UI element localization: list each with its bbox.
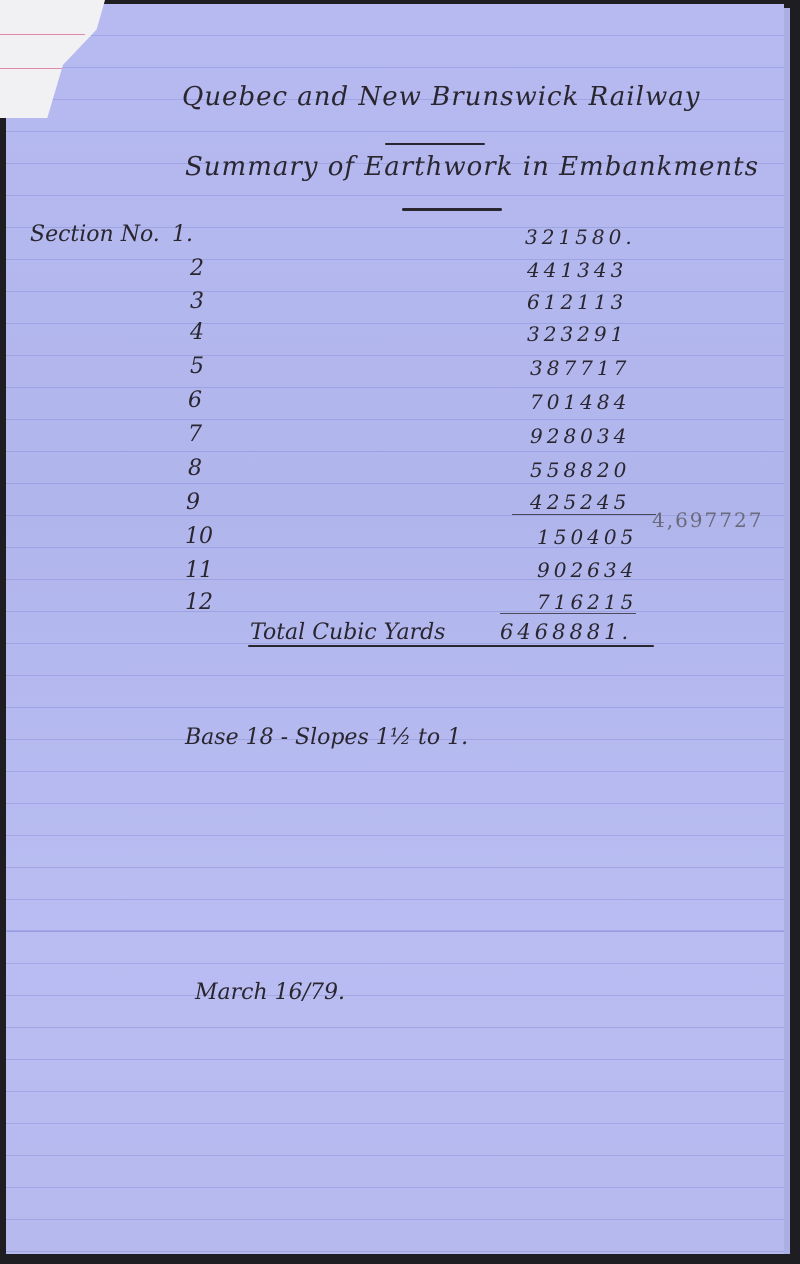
section-value: 323291: [527, 322, 627, 346]
section-value: 612113: [527, 290, 627, 314]
document-title: Quebec and New Brunswick Railway: [182, 82, 700, 112]
document-date: March 16/79.: [195, 980, 345, 1005]
section-value: 716215: [537, 590, 637, 614]
section-no: 11: [185, 558, 213, 583]
section-label: Section No.: [30, 222, 160, 247]
section-no: 10: [185, 524, 213, 549]
subtotal-rule: [512, 514, 656, 515]
document-subtitle: Summary of Earthwork in Embankments: [185, 152, 759, 182]
section-value: 701484: [530, 390, 630, 414]
subtitle-divider: [402, 208, 502, 211]
section-value: 321580.: [525, 225, 636, 249]
section-value: 425245: [530, 490, 630, 514]
fold-line: [6, 930, 784, 932]
section-no: 6: [188, 388, 202, 413]
section-no: 4: [190, 320, 204, 345]
section-no: 1.: [172, 222, 193, 247]
section-value: 928034: [530, 424, 630, 448]
section-no: 8: [188, 456, 202, 481]
pencil-subtotal: 4,697727: [652, 508, 763, 532]
section-no: 5: [190, 354, 204, 379]
section-value: 441343: [527, 258, 627, 282]
red-rule: [0, 68, 62, 69]
section-value: 902634: [537, 558, 637, 582]
total-label: Total Cubic Yards: [250, 620, 445, 645]
specification-note: Base 18 - Slopes 1½ to 1.: [185, 725, 468, 750]
section-value: 387717: [530, 356, 630, 380]
red-rule: [0, 34, 85, 35]
section-no: 3: [190, 289, 204, 314]
total-value: 6468881.: [500, 620, 632, 644]
total-rule: [500, 613, 636, 614]
section-no: 7: [188, 422, 202, 447]
section-value: 558820: [530, 458, 630, 482]
section-no: 2: [190, 256, 204, 281]
section-no: 9: [186, 490, 200, 515]
title-divider: [385, 143, 485, 145]
total-underline: [248, 645, 654, 647]
section-no: 12: [185, 590, 213, 615]
section-value: 150405: [537, 525, 637, 549]
